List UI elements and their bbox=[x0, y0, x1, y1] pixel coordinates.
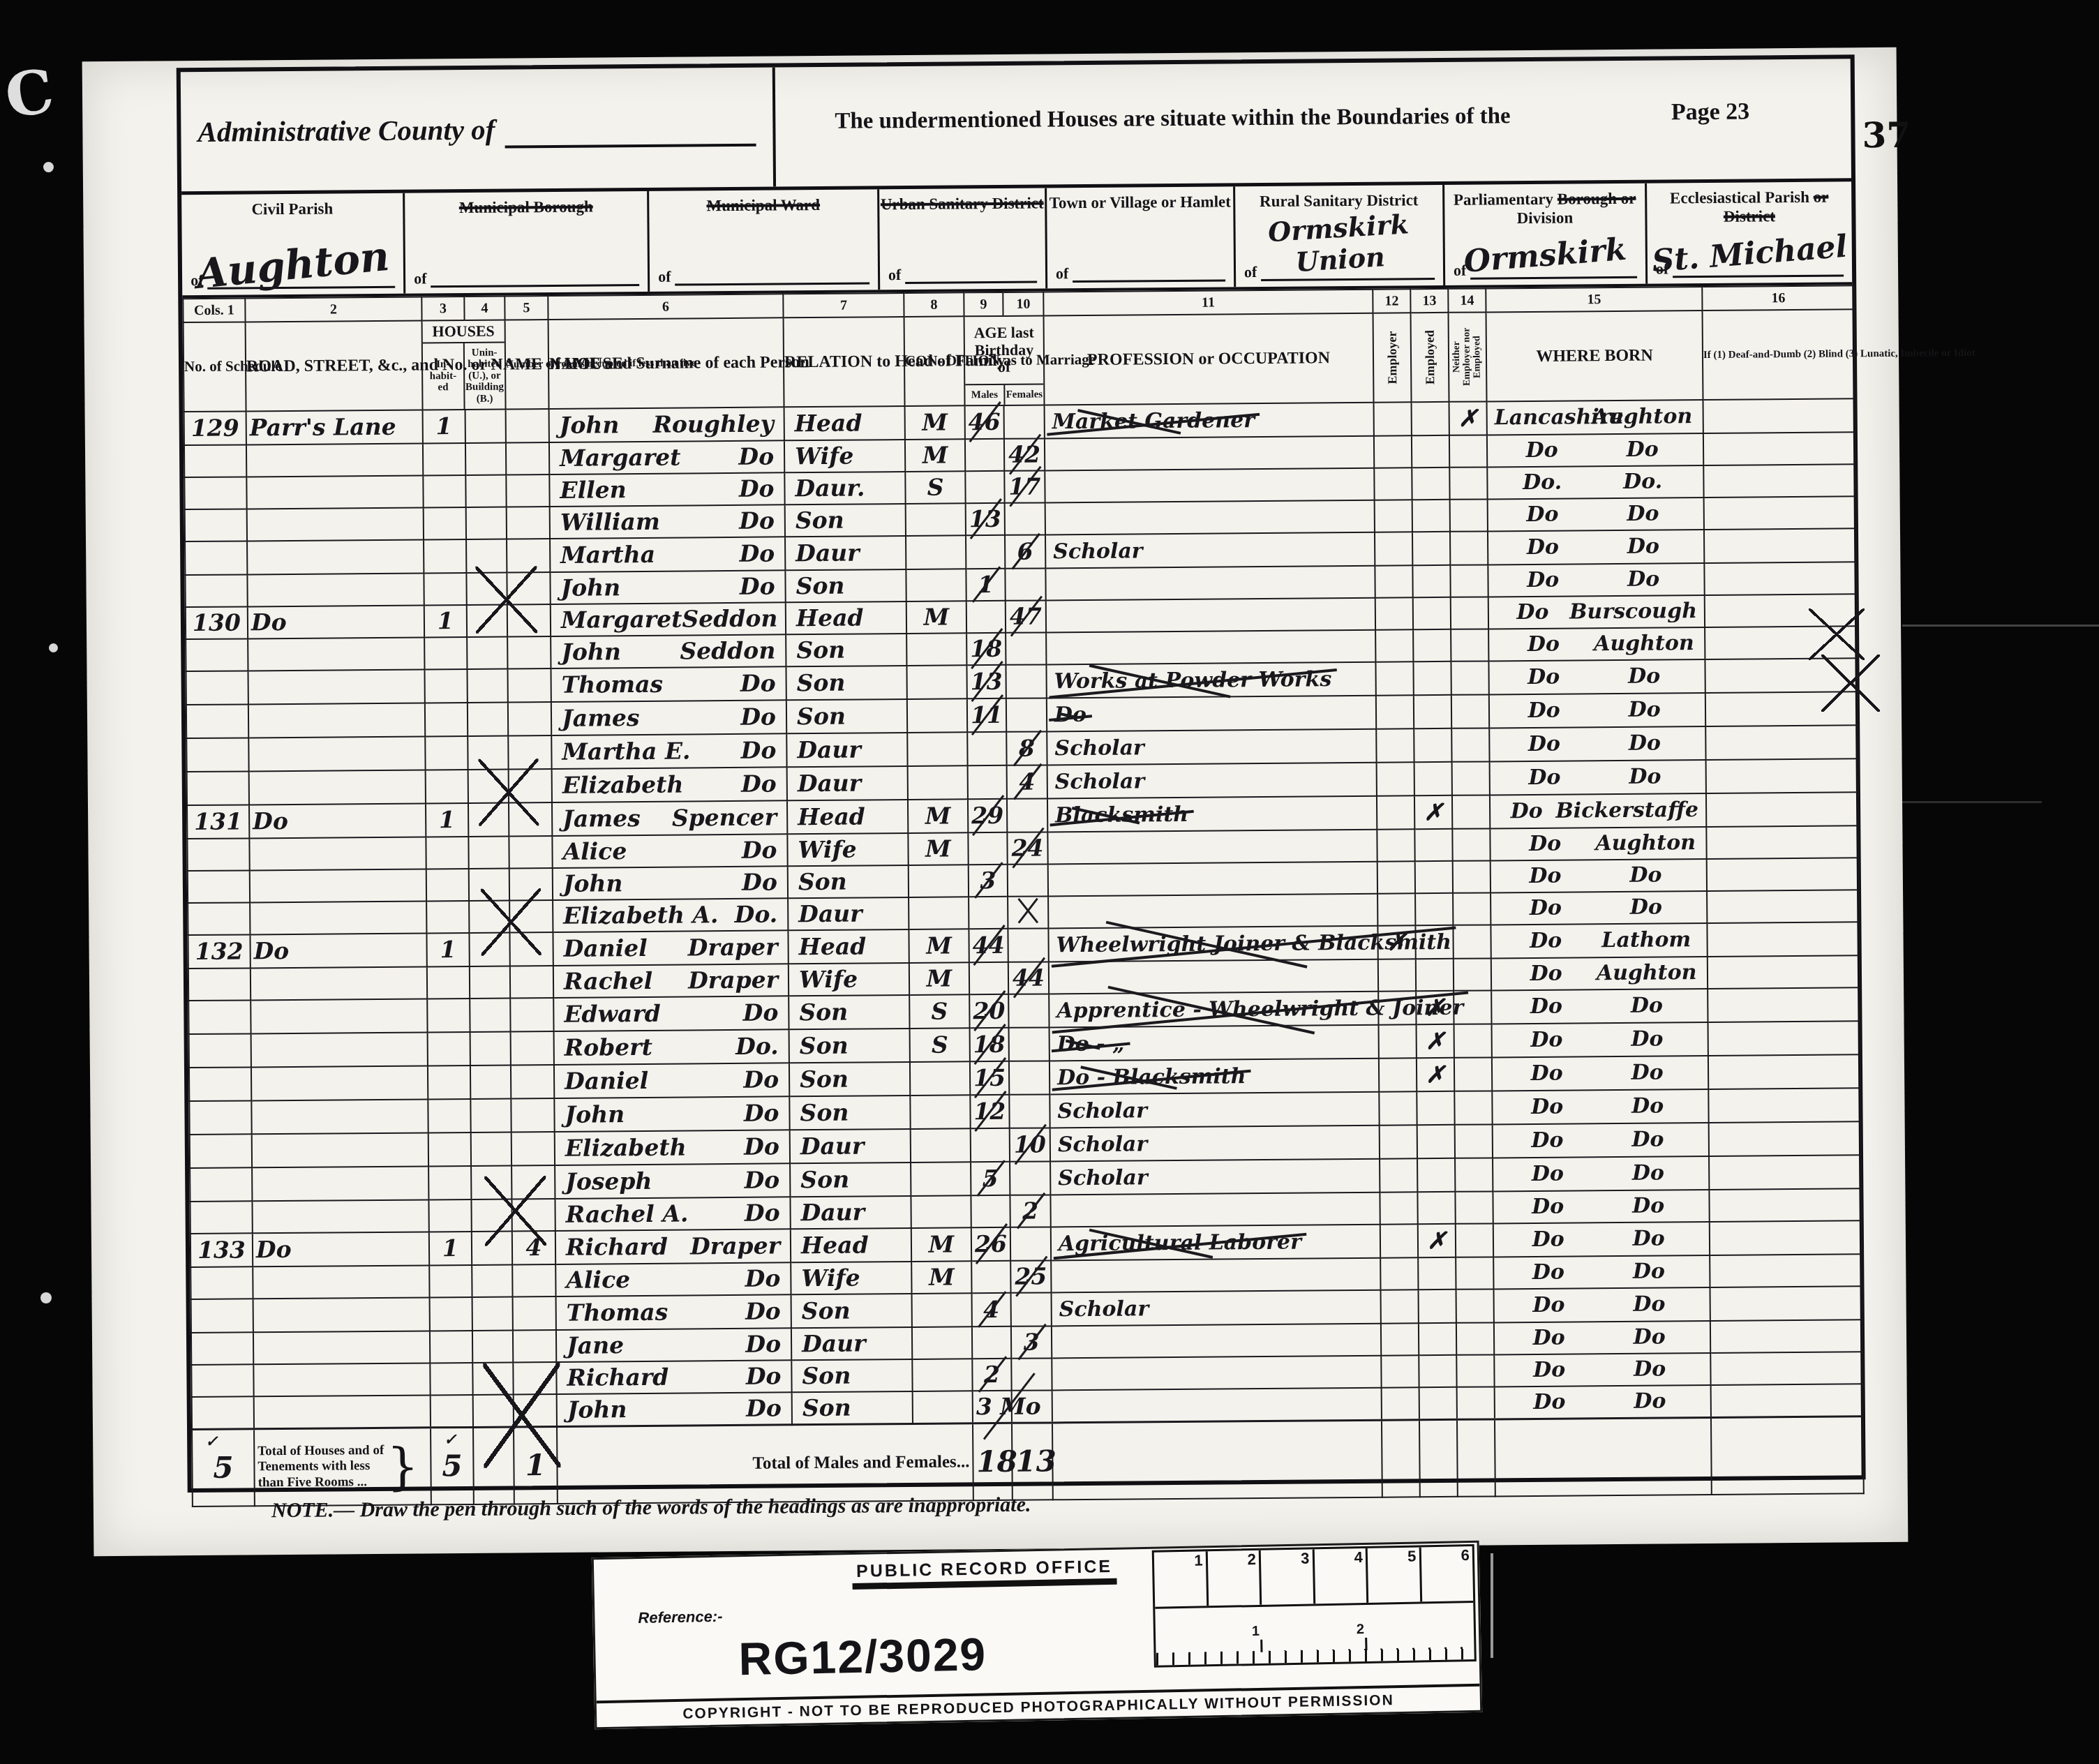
cell-uninhabited bbox=[465, 409, 506, 442]
cell-neither-mark bbox=[1455, 1158, 1493, 1191]
cell-where-born: DoDo bbox=[1489, 726, 1705, 761]
cell-infirmities bbox=[1704, 562, 1856, 595]
cell-age-female bbox=[1009, 1027, 1049, 1061]
cell-rooms bbox=[509, 836, 552, 868]
cell-inhabited bbox=[424, 573, 466, 605]
cell-infirmities bbox=[1711, 1384, 1863, 1417]
cell-employed-mark: ✗ bbox=[1417, 1024, 1454, 1058]
cell-road bbox=[253, 1265, 429, 1299]
cell-road bbox=[251, 999, 427, 1033]
cell-employed-mark bbox=[1412, 532, 1450, 565]
cell-inhabited bbox=[423, 475, 465, 507]
cell-uninhabited bbox=[467, 668, 507, 702]
cell-road bbox=[251, 1066, 428, 1100]
total-schedules-value: 5 bbox=[213, 1451, 234, 1485]
cell-employed-mark bbox=[1419, 1290, 1456, 1323]
cell-name: MargaretSeddon bbox=[551, 602, 786, 636]
age-male-value: 13 bbox=[971, 666, 1003, 697]
cell-employed-mark bbox=[1417, 1158, 1455, 1192]
cell-condition bbox=[912, 1359, 972, 1391]
of-line: of bbox=[658, 264, 869, 285]
born-place: Do bbox=[1595, 1190, 1702, 1222]
cell-schedule-number bbox=[184, 477, 246, 509]
cell-schedule-number: 129 bbox=[184, 411, 246, 445]
born-county: Do bbox=[1498, 892, 1593, 924]
cell-schedule-number bbox=[191, 1364, 253, 1397]
cell-employed-mark bbox=[1419, 1387, 1457, 1420]
cell-occupation bbox=[1046, 598, 1375, 633]
cell-occupation bbox=[1046, 630, 1375, 665]
cell-neither-mark bbox=[1452, 761, 1490, 795]
cell-inhabited bbox=[426, 901, 469, 933]
colnum-15: 15 bbox=[1486, 287, 1702, 312]
surname: Roughley bbox=[652, 408, 774, 440]
cell-relation: Son bbox=[791, 1359, 912, 1392]
cell-age-male: 3 bbox=[969, 865, 1008, 897]
cell-where-born: DoDo bbox=[1492, 1022, 1708, 1057]
cell-age-male bbox=[968, 765, 1007, 799]
given-name: Edward bbox=[564, 999, 661, 1030]
cell-rooms bbox=[511, 1098, 554, 1132]
cell-schedule-number bbox=[192, 1396, 254, 1429]
born-county: Do bbox=[1495, 435, 1590, 466]
cell-neither-mark bbox=[1456, 1354, 1494, 1386]
cell-occupation bbox=[1045, 566, 1375, 601]
cell-age-female: 17 bbox=[1004, 470, 1045, 502]
born-county: Do bbox=[1495, 532, 1590, 563]
cell-rooms bbox=[511, 1132, 555, 1165]
cell-age-male bbox=[971, 1128, 1010, 1162]
cell-condition bbox=[909, 897, 969, 929]
cell-infirmities bbox=[1703, 464, 1855, 498]
age-male-value: 3 bbox=[975, 865, 1001, 896]
cell-occupation: Do bbox=[1047, 696, 1376, 732]
cell-relation: Son bbox=[786, 634, 906, 666]
cell-neither-mark bbox=[1450, 531, 1488, 565]
cell-rooms bbox=[507, 668, 551, 702]
brace: } bbox=[387, 1436, 419, 1497]
header-schedule: No. of Schedule bbox=[184, 322, 246, 412]
parish-box-parliamentary: Parliamentary Borough or Division Ormski… bbox=[1444, 184, 1648, 285]
age-female-value: 44 bbox=[1013, 962, 1045, 993]
cell-road bbox=[248, 637, 424, 671]
cell-where-born: DoDo bbox=[1492, 1089, 1708, 1124]
colnum-2: 2 bbox=[245, 297, 421, 322]
given-name: Richard bbox=[566, 1232, 668, 1263]
colnum-4: 4 bbox=[464, 296, 505, 320]
cell-age-male bbox=[972, 1326, 1011, 1359]
civil-parish-label: Civil Parish bbox=[181, 199, 403, 220]
age-male-value: 1 bbox=[972, 569, 999, 600]
cell-road bbox=[250, 869, 426, 902]
given-name: James bbox=[562, 803, 641, 835]
of-line: of bbox=[414, 266, 639, 288]
cell-name: Rachel A.Do bbox=[555, 1197, 790, 1231]
cell-occupation: Scholar bbox=[1047, 729, 1376, 765]
cell-where-born: DoDo bbox=[1488, 563, 1704, 597]
ruler-cell: 5 bbox=[1368, 1547, 1422, 1602]
born-place: Do bbox=[1591, 694, 1698, 726]
cell-employer-mark bbox=[1377, 829, 1414, 861]
surname: Do bbox=[739, 473, 775, 504]
cell-employer-mark bbox=[1377, 762, 1414, 795]
cell-where-born: DoLathom bbox=[1491, 923, 1707, 958]
cell-inhabited: 1 bbox=[429, 1232, 472, 1265]
ruler-cell: 4 bbox=[1314, 1548, 1368, 1604]
cell-rooms bbox=[507, 507, 550, 539]
cell-condition bbox=[906, 535, 966, 569]
of-label: of bbox=[1056, 264, 1069, 283]
cell-road bbox=[247, 507, 424, 541]
cell-condition: M bbox=[908, 832, 968, 865]
cell-uninhabited bbox=[472, 1330, 513, 1362]
cell-relation: Son bbox=[789, 1096, 910, 1130]
cell-uninhabited bbox=[472, 1264, 512, 1296]
punch-hole bbox=[40, 1292, 52, 1303]
cell-condition: M bbox=[905, 405, 965, 440]
total-inhabited-value: 5 bbox=[442, 1449, 463, 1483]
cell-where-born: DoBurscough bbox=[1488, 595, 1705, 629]
cell-name: RichardDraper bbox=[555, 1229, 791, 1264]
cell-employer-mark bbox=[1380, 1224, 1418, 1257]
header-employed-text: Employed bbox=[1423, 330, 1437, 384]
age-male-value: 29 bbox=[971, 800, 1003, 831]
cell-relation: Daur bbox=[788, 897, 909, 930]
cell-infirmities bbox=[1705, 725, 1858, 760]
cell-road: Do bbox=[253, 1232, 429, 1266]
given-name: Margaret bbox=[560, 442, 681, 474]
cell-occupation bbox=[1049, 959, 1378, 994]
born-place: Do bbox=[1597, 1386, 1703, 1417]
margin-x-mark bbox=[1821, 655, 1880, 712]
cell-relation: Head bbox=[786, 601, 906, 634]
born-place: Bickerstaffe bbox=[1555, 795, 1698, 827]
parliamentary-struck-text: Borough or bbox=[1558, 190, 1636, 208]
cell-where-born: LancashireAughton bbox=[1487, 400, 1703, 435]
surname: Do bbox=[744, 1098, 779, 1128]
surname: Do bbox=[739, 538, 775, 569]
cell-road bbox=[246, 443, 423, 477]
cell-road: Do bbox=[249, 803, 426, 838]
born-county: Do bbox=[1496, 597, 1570, 629]
cell-where-born: DoDo bbox=[1494, 1321, 1710, 1354]
given-name: Thomas bbox=[567, 1297, 668, 1329]
cell-inhabited bbox=[424, 637, 467, 669]
cell-occupation bbox=[1051, 1258, 1380, 1293]
cell-neither-mark bbox=[1456, 1223, 1493, 1257]
age-female-value: 17 bbox=[1008, 471, 1040, 502]
cell-employer-mark bbox=[1374, 402, 1412, 435]
cell-where-born: DoDo bbox=[1493, 1222, 1710, 1257]
cell-age-female bbox=[1008, 896, 1048, 928]
given-name: John bbox=[563, 868, 623, 899]
cell-road bbox=[249, 837, 426, 870]
ecclesiastical-struck-district: District bbox=[1724, 207, 1775, 225]
cell-neither-mark bbox=[1451, 597, 1488, 629]
microfilm-page: C 37 Administrative County of The underm… bbox=[0, 0, 2099, 1764]
cell-age-male: 12 bbox=[970, 1095, 1009, 1128]
header-age-group: AGE last Birthday of Males Females bbox=[964, 315, 1045, 405]
cell-age-male: 29 bbox=[968, 799, 1007, 832]
form-border: Administrative County of The undermentio… bbox=[177, 54, 1866, 1493]
cell-employed-mark bbox=[1417, 1192, 1455, 1224]
cell-road: Do bbox=[248, 605, 424, 638]
cell-schedule-number bbox=[190, 1134, 252, 1168]
total-schedules: ✓5 bbox=[192, 1429, 255, 1507]
cell-relation: Wife bbox=[789, 963, 909, 996]
census-table: Cols. 1 2 3 4 5 6 7 8 9 10 11 12 13 14 bbox=[182, 285, 1865, 1507]
cell-age-male: 11 bbox=[967, 698, 1006, 732]
cell-occupation: Scholar bbox=[1047, 763, 1377, 799]
cell-schedule-number: 131 bbox=[187, 805, 249, 839]
cell-age-female bbox=[1011, 1292, 1052, 1326]
cell-condition: M bbox=[909, 962, 969, 995]
cell-relation: Daur bbox=[790, 1129, 911, 1163]
born-place: Do bbox=[1594, 1124, 1701, 1156]
cell-rooms bbox=[510, 998, 553, 1031]
born-place: Do bbox=[1594, 1158, 1701, 1189]
cell-condition: S bbox=[909, 994, 969, 1029]
cell-age-female: 47 bbox=[1006, 600, 1046, 632]
cell-occupation bbox=[1045, 468, 1374, 503]
given-name: Jane bbox=[567, 1330, 624, 1361]
cell-where-born: DoBickerstaffe bbox=[1490, 793, 1706, 828]
cell-infirmities bbox=[1710, 1286, 1862, 1321]
cell-inhabited bbox=[425, 736, 468, 770]
born-county: Do bbox=[1495, 565, 1590, 596]
born-county: Do bbox=[1500, 1024, 1594, 1056]
cell-age-female: 6 bbox=[1005, 535, 1045, 568]
cell-road bbox=[251, 1032, 428, 1067]
cell-employer-mark bbox=[1374, 435, 1412, 468]
cell-occupation bbox=[1052, 1388, 1382, 1423]
cell-relation: Son bbox=[789, 1029, 910, 1063]
civil-parish-value: Aughton bbox=[180, 231, 405, 299]
age-male-value: 26 bbox=[975, 1229, 1007, 1260]
cell-inhabited bbox=[431, 1395, 473, 1428]
cell-neither-mark bbox=[1451, 728, 1489, 761]
occupation-value: Wheelwright Joiner & Blacksmith bbox=[1056, 927, 1451, 961]
parish-box-civil: Civil Parish Aughton of bbox=[181, 193, 405, 296]
born-county: Do bbox=[1502, 1290, 1597, 1321]
cell-neither-mark bbox=[1451, 694, 1489, 728]
age-female-value bbox=[1014, 897, 1042, 920]
reference-label: Reference:- bbox=[638, 1608, 723, 1627]
cell-schedule-number bbox=[186, 738, 248, 772]
empty-cell bbox=[1495, 1417, 1712, 1495]
header-where-born: WHERE BORN bbox=[1486, 311, 1703, 401]
cell-age-male bbox=[965, 471, 1004, 503]
film-edge-mark: C bbox=[1, 56, 58, 133]
cell-uninhabited bbox=[470, 1065, 511, 1098]
cell-where-born: DoDo bbox=[1494, 1353, 1710, 1386]
cell-age-female bbox=[1006, 632, 1046, 664]
ecclesiastical-struck-or: or bbox=[1814, 188, 1829, 206]
occupation-value: Do - „ bbox=[1057, 1029, 1125, 1061]
age-male-value: 5 bbox=[977, 1163, 1003, 1194]
occupation-value: Do bbox=[1054, 700, 1086, 731]
cell-employed-mark bbox=[1413, 597, 1451, 629]
surname: Do bbox=[740, 701, 776, 732]
household-end-mark bbox=[483, 1363, 560, 1468]
header-rooms: Number of rooms occupied if less than fi… bbox=[505, 320, 549, 409]
punch-hole bbox=[43, 162, 54, 172]
age-male-value: 3 Mo bbox=[976, 1391, 1041, 1423]
colnum-8: 8 bbox=[904, 292, 964, 317]
empty-cell bbox=[1457, 1419, 1495, 1496]
of-label: of bbox=[414, 269, 427, 287]
cell-road bbox=[252, 1166, 428, 1201]
cell-inhabited: 1 bbox=[424, 605, 467, 637]
cell-schedule-number bbox=[186, 704, 248, 738]
cell-age-male: 5 bbox=[971, 1162, 1010, 1195]
cell-occupation: Do - „ bbox=[1049, 1025, 1379, 1061]
born-county: Do bbox=[1496, 661, 1591, 693]
age-male-value: 46 bbox=[969, 407, 1001, 438]
cell-employed-mark bbox=[1418, 1257, 1456, 1290]
colnum-5: 5 bbox=[505, 296, 548, 320]
cell-schedule-number bbox=[184, 444, 246, 477]
cell-employed-mark bbox=[1412, 435, 1449, 468]
cell-road: Do bbox=[250, 933, 426, 968]
cell-infirmities bbox=[1707, 890, 1859, 923]
born-county: Do bbox=[1496, 629, 1591, 660]
given-name: James bbox=[562, 703, 640, 734]
cell-occupation: Works at Powder Works bbox=[1046, 662, 1375, 698]
cell-age-male bbox=[968, 832, 1007, 865]
cell-rooms bbox=[513, 1330, 556, 1362]
parish-box-municipal-ward: Municipal Ward of bbox=[649, 189, 880, 292]
cell-occupation: Do - Blacksmith bbox=[1049, 1059, 1379, 1095]
film-frame-line bbox=[1491, 1553, 1493, 1658]
born-place: Aughton bbox=[1589, 401, 1696, 433]
ruler-number: 2 bbox=[1357, 1622, 1365, 1638]
cell-occupation bbox=[1045, 436, 1374, 471]
total-houses-label-cell: Total of Houses and of Tenements with le… bbox=[254, 1428, 431, 1506]
cell-age-female bbox=[1010, 1161, 1050, 1195]
given-name: John bbox=[560, 572, 620, 604]
cell-age-male bbox=[969, 897, 1008, 929]
born-county: Do bbox=[1500, 1125, 1595, 1156]
cell-age-male bbox=[965, 439, 1004, 471]
surname: Draper bbox=[688, 964, 778, 996]
surname: Do bbox=[745, 1329, 781, 1359]
cell-infirmities bbox=[1704, 496, 1856, 530]
cell-inhabited bbox=[424, 507, 466, 539]
cell-schedule-number bbox=[190, 1201, 252, 1234]
cell-infirmities bbox=[1710, 1352, 1862, 1385]
check-mark: ✓ bbox=[205, 1433, 218, 1451]
ruler-tick bbox=[1260, 1640, 1262, 1652]
cell-neither-mark bbox=[1456, 1289, 1494, 1322]
cell-name: RobertDo. bbox=[554, 1029, 789, 1065]
cell-age-female bbox=[1009, 1094, 1049, 1128]
cell-occupation bbox=[1052, 1356, 1381, 1391]
surname: Do bbox=[741, 768, 777, 799]
cell-age-female bbox=[1006, 698, 1047, 731]
cell-employer-mark bbox=[1375, 500, 1412, 532]
cell-name: JohnSeddon bbox=[551, 634, 786, 668]
born-place: Do bbox=[1590, 531, 1696, 562]
punch-hole bbox=[49, 643, 58, 652]
ruler-top-row: 1 2 3 4 5 6 bbox=[1154, 1546, 1473, 1609]
cell-name: JohnDo bbox=[550, 570, 785, 604]
cell-neither-mark bbox=[1453, 892, 1491, 925]
parliamentary-label-text: Parliamentary bbox=[1454, 190, 1553, 209]
colnum-1: Cols. 1 bbox=[183, 298, 245, 322]
given-name: John bbox=[567, 1394, 627, 1426]
surname: Do bbox=[740, 668, 776, 698]
born-county: Do bbox=[1501, 1224, 1596, 1255]
born-county: Do bbox=[1498, 925, 1593, 957]
occupation-value: Do - Blacksmith bbox=[1057, 1061, 1246, 1093]
cell-condition bbox=[913, 1391, 973, 1423]
cell-condition bbox=[907, 732, 967, 766]
cell-age-male: 18 bbox=[970, 1028, 1009, 1061]
cell-age-male: 1 bbox=[966, 569, 1005, 601]
cell-employer-mark bbox=[1382, 1387, 1419, 1420]
cell-neither-mark bbox=[1456, 1322, 1494, 1354]
given-name: Daniel bbox=[563, 933, 647, 964]
cell-inhabited bbox=[424, 669, 467, 703]
cell-employer-mark bbox=[1375, 532, 1412, 565]
born-place: Do bbox=[1591, 661, 1698, 692]
cell-age-female bbox=[1006, 664, 1046, 698]
blank-line bbox=[675, 264, 869, 285]
of-line: of bbox=[888, 263, 1037, 285]
cell-inhabited bbox=[429, 1265, 472, 1297]
cell-name: WilliamDo bbox=[550, 504, 785, 539]
given-name: William bbox=[560, 507, 660, 538]
cell-age-male bbox=[971, 1261, 1010, 1293]
cell-employed-mark bbox=[1414, 829, 1452, 861]
cell-age-male: 3 Mo bbox=[973, 1391, 1012, 1423]
cell-age-male: 2 bbox=[972, 1359, 1011, 1391]
total-males-females-label: Total of Males and Females... bbox=[557, 1423, 973, 1504]
cell-occupation: Scholar bbox=[1052, 1290, 1381, 1326]
surname: Do bbox=[743, 997, 779, 1028]
occupation-value: Market Gardener bbox=[1052, 405, 1255, 438]
born-place: Do bbox=[1596, 1256, 1703, 1287]
header-employed: Employed bbox=[1411, 313, 1449, 402]
cell-neither-mark bbox=[1456, 1257, 1493, 1289]
cell-employed-mark bbox=[1412, 565, 1450, 597]
born-place: Do bbox=[1594, 1091, 1701, 1122]
cell-uninhabited bbox=[471, 1132, 511, 1165]
cell-inhabited bbox=[424, 539, 466, 573]
born-place: Do bbox=[1590, 498, 1696, 530]
cell-name: Martha E.Do bbox=[551, 733, 786, 769]
cell-relation: Daur bbox=[787, 766, 908, 800]
cell-schedule-number bbox=[189, 1033, 251, 1068]
cell-employed-mark bbox=[1415, 861, 1453, 893]
ruler-number: 1 bbox=[1252, 1624, 1260, 1640]
cell-condition: S bbox=[905, 471, 965, 504]
cell-inhabited bbox=[430, 1331, 472, 1363]
cell-neither-mark bbox=[1455, 1191, 1493, 1223]
surname: Do bbox=[742, 867, 777, 897]
cell-relation: Daur bbox=[790, 1196, 911, 1229]
born-county: Do bbox=[1500, 1091, 1594, 1123]
cell-employer-mark bbox=[1381, 1290, 1419, 1323]
cell-condition bbox=[906, 503, 966, 536]
cell-employed-mark bbox=[1413, 661, 1451, 695]
surname: Draper bbox=[690, 1230, 780, 1262]
cell-age-male bbox=[967, 732, 1006, 765]
surname: Do bbox=[741, 735, 777, 765]
born-place: Do bbox=[1594, 1057, 1701, 1089]
admin-county-box: Administrative County of bbox=[181, 67, 776, 191]
